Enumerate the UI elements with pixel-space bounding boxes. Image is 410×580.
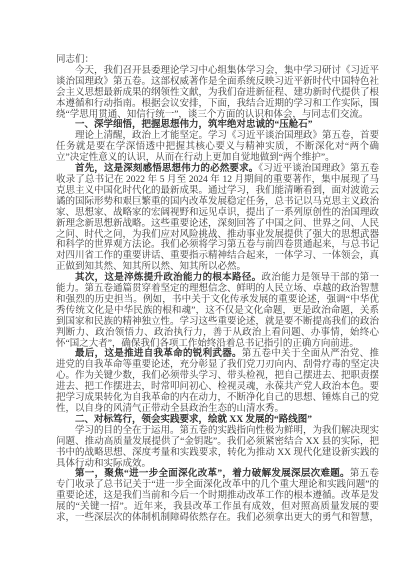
paragraph-second-point: 其次，这是淬炼提升政治能力的根本路径。政治能力是领导干部的第一能力。第五卷通篇贯… bbox=[56, 273, 379, 349]
section-heading-2: 二、对标笃行，领会实践要求，绘就 XX 发展的“路线图” bbox=[56, 415, 379, 426]
paragraph-lead: 第一，聚焦“进一步全面深化改革”，着力破解发展深层次难题。 bbox=[75, 469, 350, 479]
paragraph-first-point: 首先，这是深刻感悟思想伟力的必然要求。《习近平谈治国理政》第五卷收录了总书记在 … bbox=[56, 164, 379, 273]
paragraph-reform: 第一，聚焦“进一步全面深化改革”，着力破解发展深层次难题。第五卷专门收录了总书记… bbox=[56, 469, 379, 524]
paragraph-last-point: 最后，这是推进自我革命的锐利武器。第五卷中关于全面从严治党、推进党的自我革命等重… bbox=[56, 349, 379, 414]
paragraph-theory: 理论上清醒，政治上才能坚定。学习《习近平谈治国理政》第五卷，首要任务就是要在学深… bbox=[56, 131, 379, 164]
section-heading-2-text: 二、对标笃行，领会实践要求，绘就 XX 发展的“路线图” bbox=[75, 415, 312, 425]
paragraph-text: 《习近平谈治国理政》第五卷收录了总书记在 2022 年 5 月至 2024 年 … bbox=[56, 164, 379, 272]
paragraph-text: 学习的目的全在于运用。第五卷的实践指向性极为鲜明，为我们解决现实问题、推动高质量… bbox=[56, 426, 379, 469]
section-heading-1: 一、深学细悟，把握思想伟力，筑牢绝对忠诚的“压舱石” bbox=[56, 120, 379, 131]
paragraph-text: 政治能力是领导干部的第一能力。第五卷通篇贯穿着坚定的理想信念、鲜明的人民立场、卓… bbox=[56, 273, 379, 348]
paragraph-text: 理论上清醒，政治上才能坚定。学习《习近平谈治国理政》第五卷，首要任务就是要在学深… bbox=[56, 131, 379, 163]
document-page: 同志们： 今天，我们召开县委理论学习中心组集体学习会，集中学习研讨《习近平谈治国… bbox=[0, 0, 410, 580]
paragraph-text: 第五卷中关于全面从严治党、推进党的自我革命等重要论述，充分彰显了我们党刀刃向内、… bbox=[56, 349, 379, 414]
paragraph-lead: 首先，这是深刻感悟思想伟力的必然要求。 bbox=[75, 164, 258, 174]
paragraph-text: 今天，我们召开县委理论学习中心组集体学习会，集中学习研讨《习近平谈治国理政》第五… bbox=[56, 66, 379, 120]
paragraph-lead: 最后，这是推进自我革命的锐利武器。 bbox=[75, 349, 242, 359]
section-heading-1-text: 一、深学细悟，把握思想伟力，筑牢绝对忠诚的“压舱石” bbox=[75, 120, 313, 130]
salutation: 同志们： bbox=[56, 55, 379, 66]
paragraph-lead: 其次，这是淬炼提升政治能力的根本路径。 bbox=[75, 273, 262, 283]
paragraph-intro: 今天，我们召开县委理论学习中心组集体学习会，集中学习研讨《习近平谈治国理政》第五… bbox=[56, 66, 379, 121]
document-content: 同志们： 今天，我们召开县委理论学习中心组集体学习会，集中学习研讨《习近平谈治国… bbox=[56, 55, 379, 524]
paragraph-practice: 学习的目的全在于运用。第五卷的实践指向性极为鲜明，为我们解决现实问题、推动高质量… bbox=[56, 426, 379, 470]
